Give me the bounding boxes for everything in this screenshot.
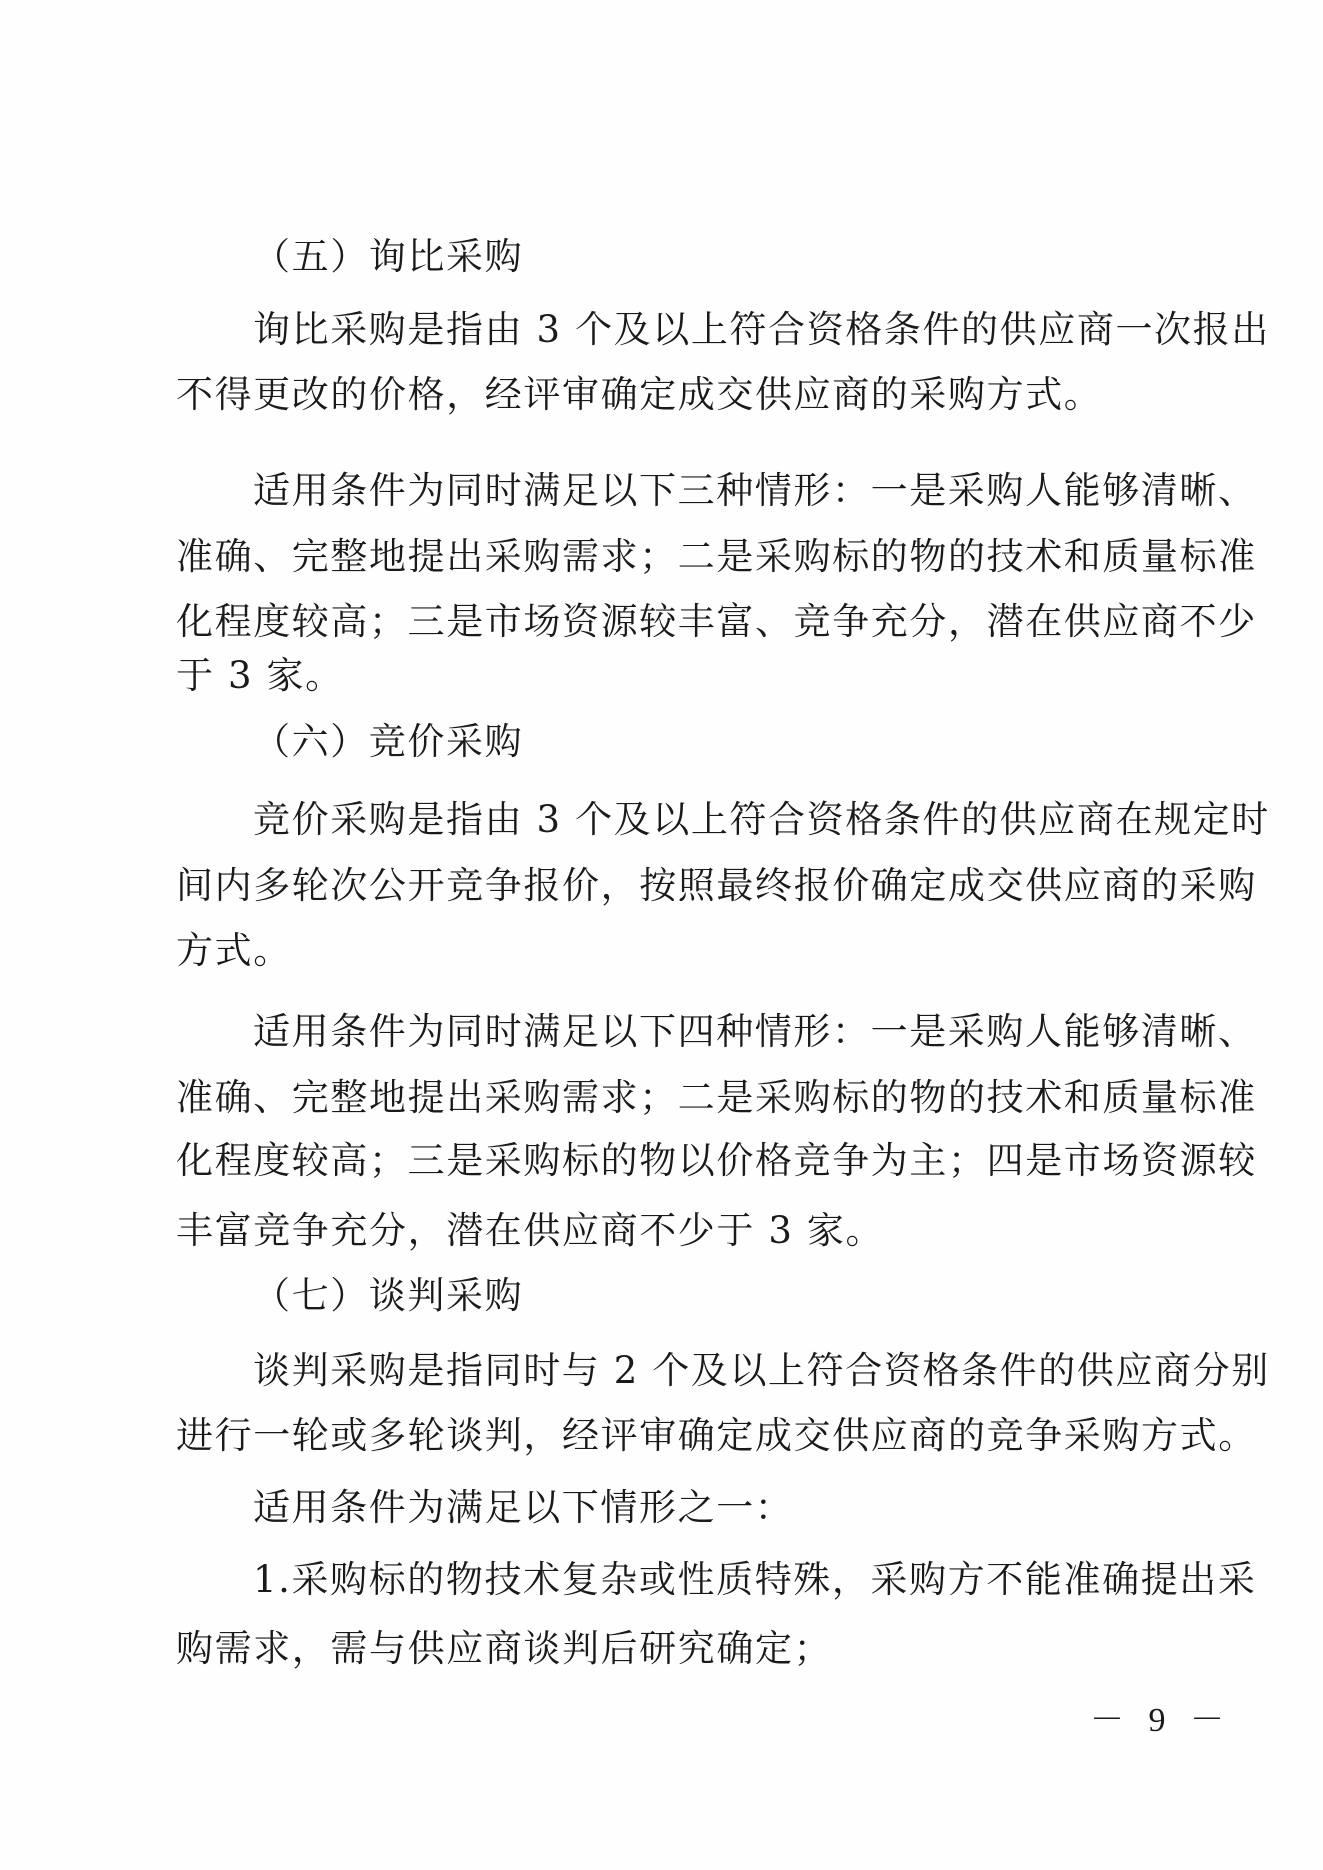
section-heading-5: （五）询比采购 xyxy=(253,232,1229,282)
paragraph-line: 间内多轮次公开竞争报价，按照最终报价确定成交供应商的采购 xyxy=(176,861,1152,911)
paragraph-line: 适用条件为同时满足以下四种情形：一是采购人能够清晰、 xyxy=(253,1007,1153,1057)
paragraph-line: 方式。 xyxy=(176,926,1152,976)
paragraph-line: 进行一轮或多轮谈判，经评审确定成交供应商的竞争采购方式。 xyxy=(176,1411,1152,1461)
paragraph-line: 准确、完整地提出采购需求；二是采购标的物的技术和质量标准 xyxy=(176,1073,1152,1123)
list-item-1-continuation: 购需求，需与供应商谈判后研究确定； xyxy=(176,1624,1152,1674)
paragraph-line: 谈判采购是指同时与 2 个及以上符合资格条件的供应商分别 xyxy=(253,1346,1153,1396)
paragraph-line: 适用条件为同时满足以下三种情形：一是采购人能够清晰、 xyxy=(253,466,1153,516)
document-page: （五）询比采购 询比采购是指由 3 个及以上符合资格条件的供应商一次报出 不得更… xyxy=(0,0,1323,1870)
paragraph-line: 准确、完整地提出采购需求；二是采购标的物的技术和质量标准 xyxy=(176,532,1152,582)
paragraph-line: 适用条件为满足以下情形之一： xyxy=(253,1483,1153,1533)
paragraph-line: 于 3 家。 xyxy=(176,651,1152,701)
list-item-1: 1.采购标的物技术复杂或性质特殊，采购方不能准确提出采 xyxy=(253,1555,1153,1605)
section-heading-6: （六）竞价采购 xyxy=(253,717,1229,767)
paragraph-line: 询比采购是指由 3 个及以上符合资格条件的供应商一次报出 xyxy=(253,305,1153,355)
page-number: － 9 － xyxy=(1090,1692,1232,1741)
section-heading-7: （七）谈判采购 xyxy=(253,1271,1229,1321)
paragraph-line: 竞价采购是指由 3 个及以上符合资格条件的供应商在规定时 xyxy=(253,795,1153,845)
paragraph-line: 不得更改的价格，经评审确定成交供应商的采购方式。 xyxy=(176,370,1152,420)
paragraph-line: 化程度较高；三是采购标的物以价格竞争为主；四是市场资源较 xyxy=(176,1136,1152,1186)
paragraph-line: 丰富竞争充分，潜在供应商不少于 3 家。 xyxy=(176,1206,1152,1256)
paragraph-line: 化程度较高；三是市场资源较丰富、竞争充分，潜在供应商不少 xyxy=(176,597,1152,647)
